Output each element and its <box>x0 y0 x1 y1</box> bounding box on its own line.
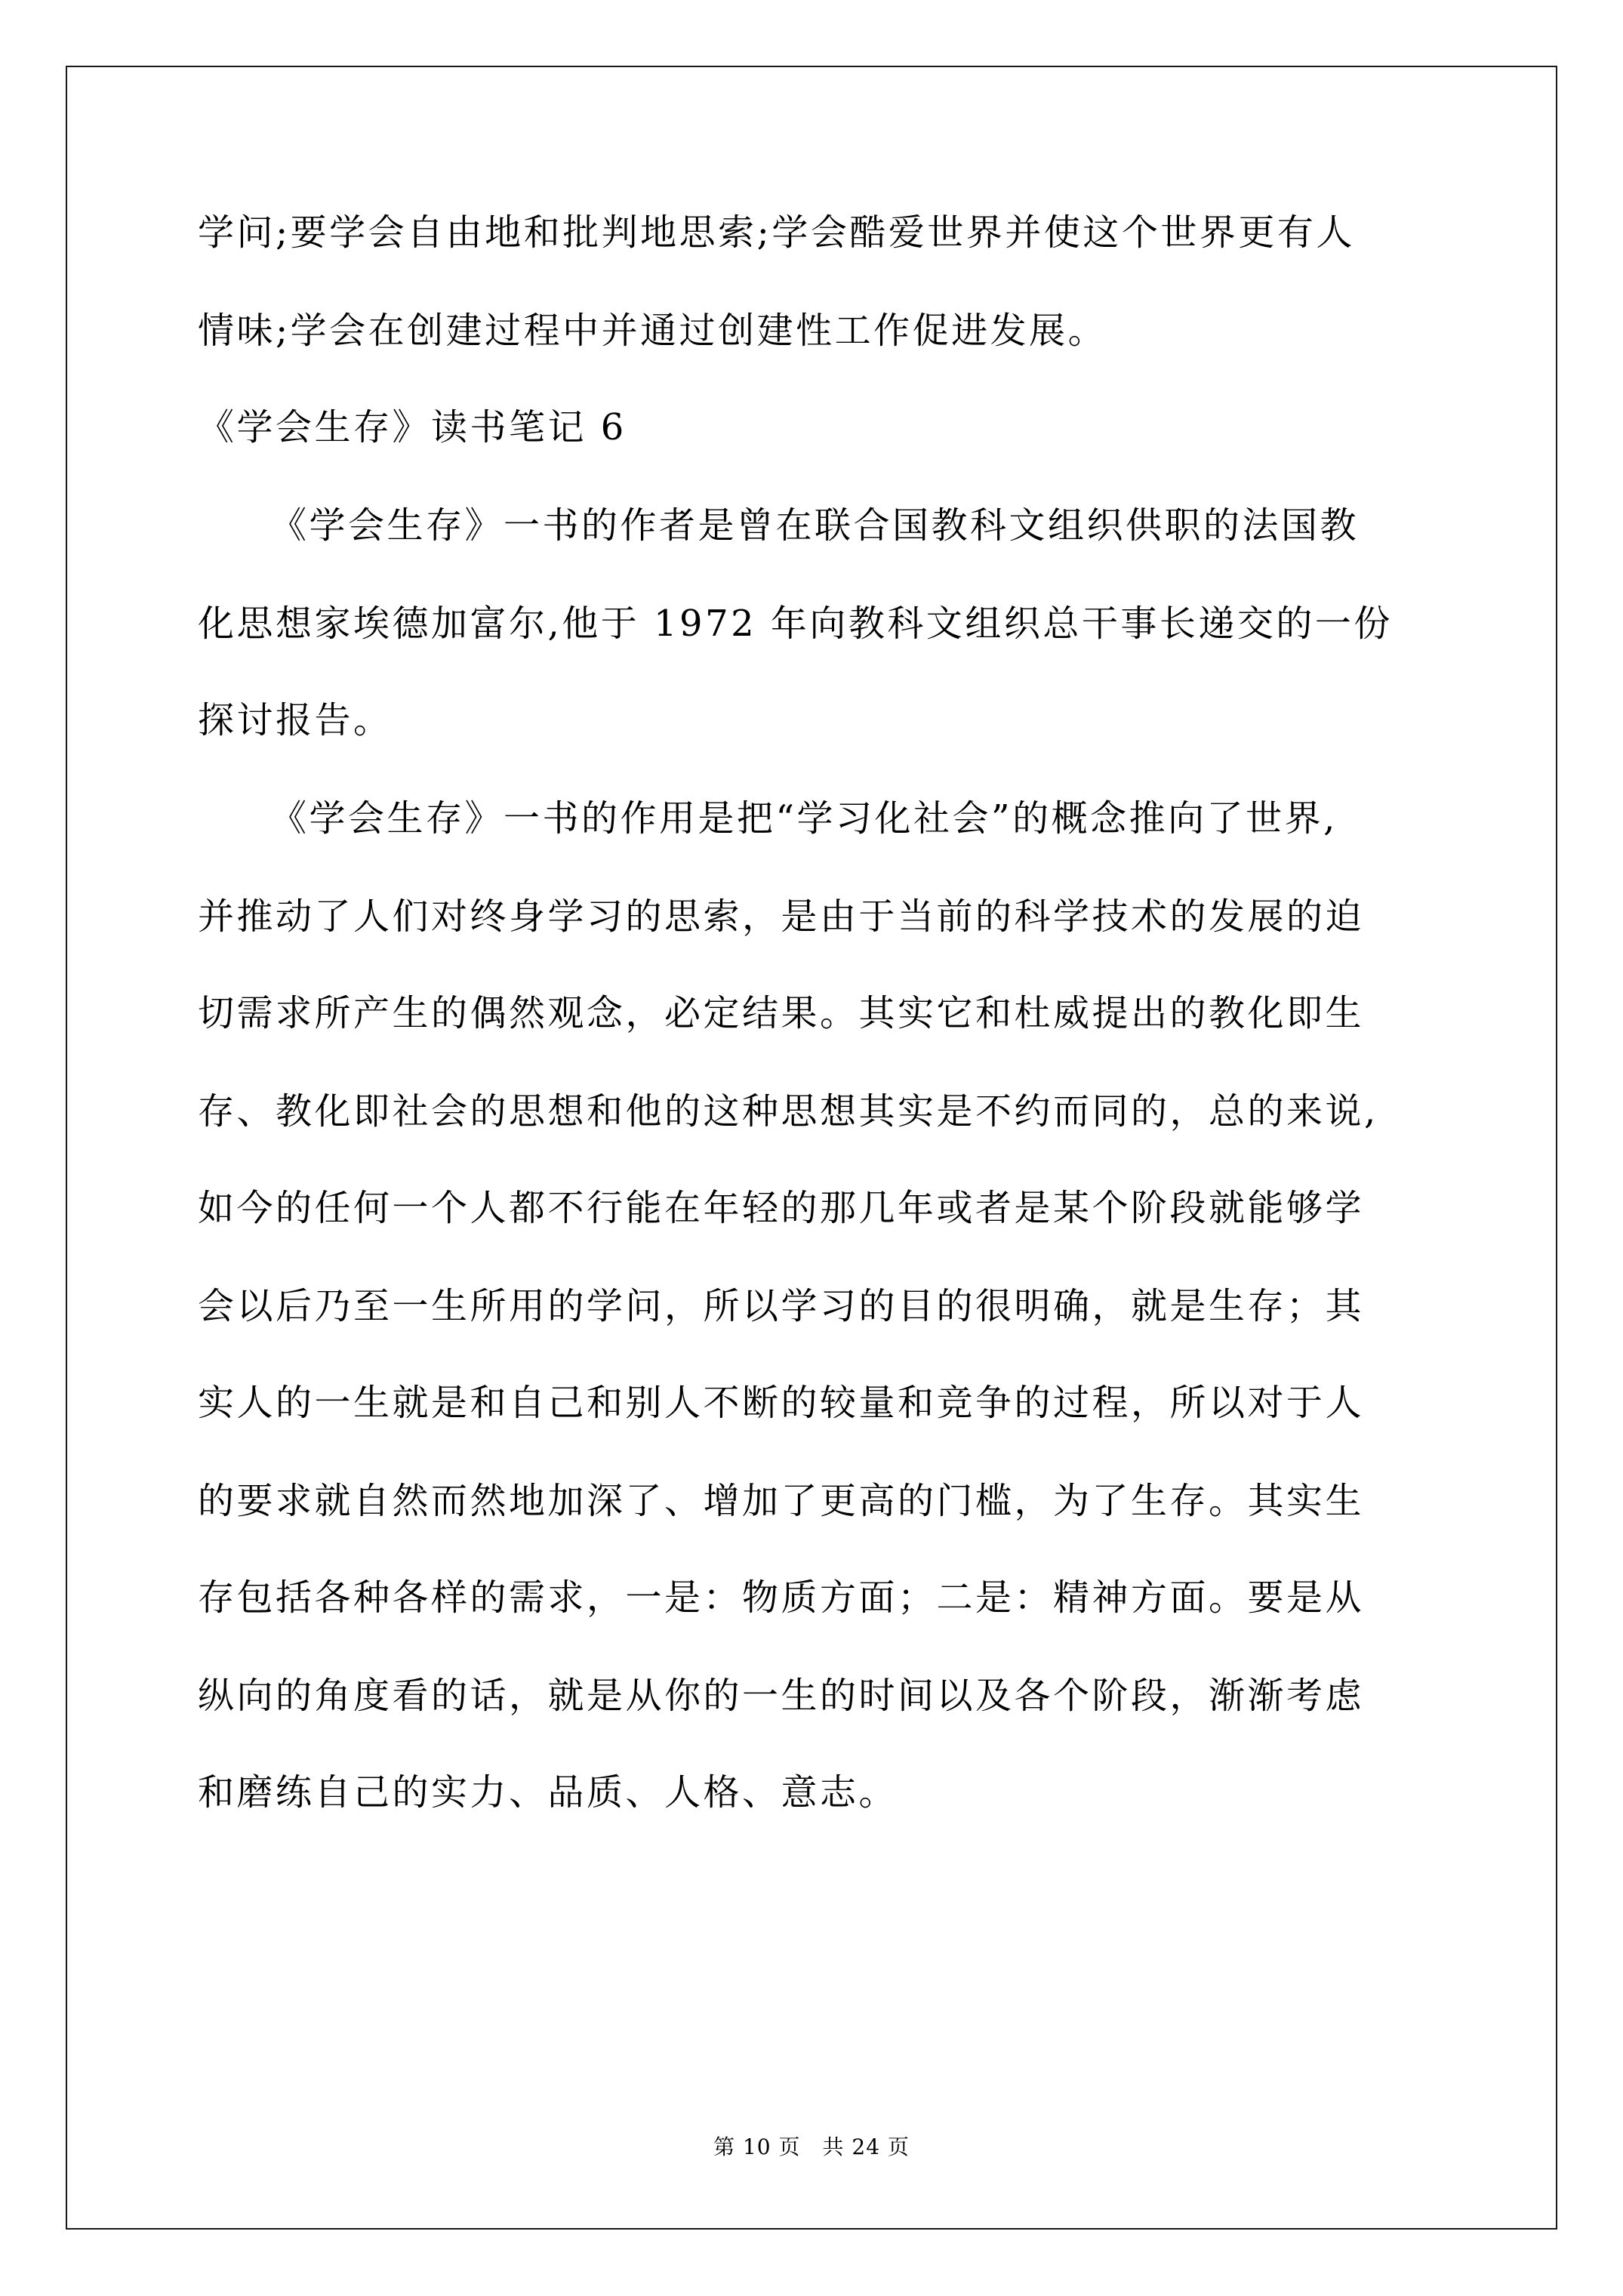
text-line: 实人的一生就是和自己和别人不断的较量和竞争的过程，所以对于人 <box>198 1382 1364 1424</box>
text-line: 化思想家埃德加富尔,他于 1972 年向教科文组织总干事长递交的一份 <box>198 603 1393 645</box>
text-line: 存包括各种各样的需求，一是：物质方面；二是：精神方面。要是从 <box>198 1576 1364 1619</box>
text-line: 存、教化即社会的思想和他的这种思想其实是不约而同的，总的来说, <box>198 1090 1378 1133</box>
page-border <box>66 66 1557 2230</box>
paragraph-first-line: 《学会生存》一书的作者是曾在联合国教科文组织供职的法国教 <box>270 504 1359 547</box>
text-line: 学问;要学会自由地和批判地思索;学会酷爱世界并使这个世界更有人 <box>198 211 1355 254</box>
page-number-footer: 第 10 页 共 24 页 <box>0 2134 1623 2161</box>
text-line: 切需求所产生的偶然观念，必定结果。其实它和杜威提出的教化即生 <box>198 992 1364 1034</box>
text-line: 探讨报告。 <box>198 699 393 741</box>
text-line: 纵向的角度看的话，就是从你的一生的时间以及各个阶段，渐渐考虑 <box>198 1675 1364 1717</box>
text-line: 情味;学会在创建过程中并通过创建性工作促进发展。 <box>198 310 1107 352</box>
text-line: 如今的任何一个人都不行能在年轻的那几年或者是某个阶段就能够学 <box>198 1187 1364 1229</box>
paragraph-first-line: 《学会生存》一书的作用是把“学习化社会”的概念推向了世界, <box>270 797 1338 840</box>
text-line: 的要求就自然而然地加深了、增加了更高的门槛，为了生存。其实生 <box>198 1480 1364 1522</box>
text-line: 和磨练自己的实力、品质、人格、意志。 <box>198 1771 898 1814</box>
section-heading: 《学会生存》读书笔记 6 <box>198 406 627 448</box>
text-line: 并推动了人们对终身学习的思索，是由于当前的科学技术的发展的迫 <box>198 895 1364 938</box>
text-line: 会以后乃至一生所用的学问，所以学习的目的很明确，就是生存；其 <box>198 1285 1364 1327</box>
